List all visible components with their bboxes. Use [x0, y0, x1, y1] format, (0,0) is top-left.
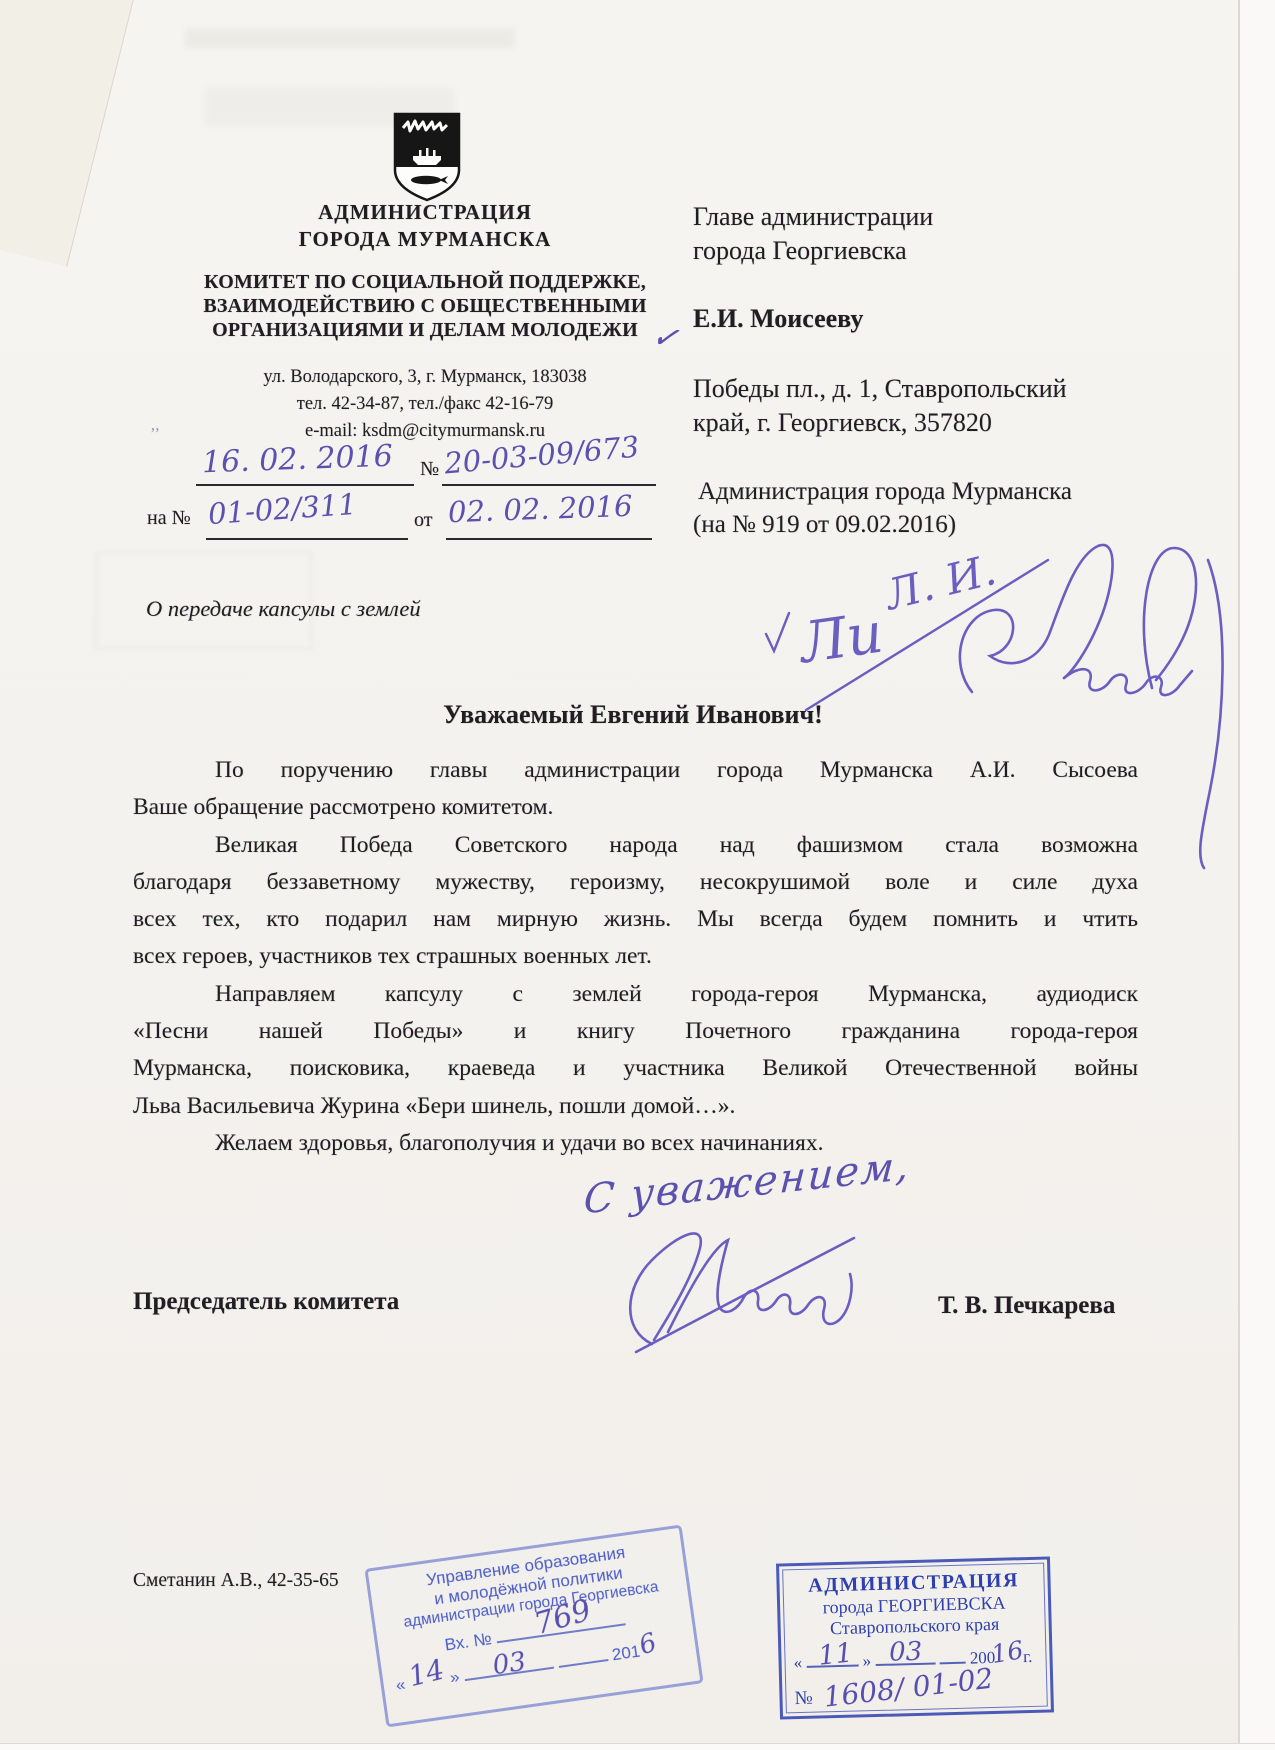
- registration-number-label: №: [794, 1688, 813, 1709]
- subject-line: О передаче капсулы с землей: [146, 596, 421, 622]
- resolution-diagonal-stroke: [806, 560, 1048, 710]
- quote-close: »: [862, 1651, 871, 1670]
- number-sign-label: №: [420, 458, 439, 481]
- recipient-title-line1: Главе администрации: [693, 200, 933, 234]
- registration-stamp: АДМИНИСТРАЦИЯ города ГЕОРГИЕВСКА Ставроп…: [776, 1556, 1054, 1719]
- scan-edge-right: [1238, 0, 1275, 1750]
- scanned-letter-screenshot: { "letterhead": { "emblem_icon": "murman…: [0, 0, 1275, 1750]
- committee-name-line: ОРГАНИЗАЦИЯМИ И ДЕЛАМ МОЛОДЕЖИ: [165, 318, 685, 343]
- registration-year-handwritten: 16: [989, 1635, 1025, 1669]
- body-text-line: Ваше обращение рассмотрено комитетом.: [133, 789, 1138, 826]
- outgoing-date-slot: 16. 02. 2016: [196, 446, 414, 486]
- letter-body: По поручению главы администрации города …: [133, 752, 1138, 1162]
- body-text-line: «Песни нашей Победы» и книгу Почетного г…: [133, 1013, 1138, 1050]
- sender-street-address: ул. Володарского, 3, г. Мурманск, 183038: [165, 364, 685, 391]
- recipient-address-line1: Победы пл., д. 1, Ставропольский: [693, 372, 1067, 406]
- incoming-number-label: Вх. №: [443, 1629, 493, 1654]
- signer-name: Т. В. Печкарева: [938, 1292, 1115, 1320]
- checkmark-stroke: [766, 613, 789, 651]
- reply-number-slot: 01-02/311: [206, 502, 408, 540]
- scan-edge-top-left: [0, 0, 149, 267]
- body-text-line: По поручению главы администрации города …: [133, 752, 1138, 789]
- incoming-stamp: Управление образования и молодёжной поли…: [364, 1525, 703, 1728]
- body-text-line: благодаря беззаветному мужеству, героизм…: [133, 864, 1138, 901]
- paper-background: АДМИНИСТРАЦИЯ ГОРОДА МУРМАНСКА КОМИТЕТ П…: [0, 0, 1275, 1750]
- recipient-name: Е.И. Моисееву: [693, 302, 863, 336]
- scan-edge-bottom: [0, 1743, 1275, 1750]
- checkmark-annotation: ✓: [649, 316, 682, 358]
- registration-month-handwritten: 03: [889, 1637, 923, 1668]
- from-date-label: от: [414, 509, 432, 532]
- quote-close: »: [449, 1667, 461, 1687]
- registration-day-handwritten: 11: [817, 1638, 854, 1672]
- body-text-line: Направляем капсулу с землей города-героя…: [133, 976, 1138, 1013]
- salutation: Уважаемый Евгений Иванович!: [283, 700, 983, 730]
- outgoing-date-handwritten: 16. 02. 2016: [201, 439, 393, 481]
- quote-open: «: [395, 1675, 407, 1695]
- reply-org-line1: Администрация города Мурманска: [698, 478, 1072, 506]
- quote-open: «: [793, 1653, 802, 1672]
- tiny-pen-mark: ’’: [150, 424, 160, 444]
- murmansk-coat-of-arms-icon: [393, 112, 461, 202]
- executor-contact: Сметанин А.В., 42-35-65: [133, 1570, 339, 1592]
- sender-phone: тел. 42-34-87, тел./факс 42-16-79: [165, 391, 685, 418]
- committee-name-line: КОМИТЕТ ПО СОЦИАЛЬНОЙ ПОДДЕРЖКЕ,: [165, 270, 685, 295]
- recipient-address-line2: край, г. Георгиевск, 357820: [693, 406, 992, 440]
- reply-date-slot: 02. 02. 2016: [446, 502, 652, 540]
- incoming-month-handwritten: 03: [491, 1647, 528, 1681]
- body-text-line: всех героев, участников тех страшных вое…: [133, 938, 1138, 975]
- committee-name-line: ВЗАИМОДЕЙСТВИЮ С ОБЩЕСТВЕННЫМИ: [165, 294, 685, 319]
- reply-date-handwritten: 02. 02. 2016: [447, 489, 633, 529]
- sender-org-name-line1: АДМИНИСТРАЦИЯ: [255, 199, 595, 226]
- body-text-line: всех тех, кто подарил нам мирную жизнь. …: [133, 901, 1138, 938]
- outgoing-number-slot: 20-03-09/673: [442, 446, 656, 486]
- body-text-line: Мурманска, поисковика, краеведа и участн…: [133, 1050, 1138, 1087]
- reply-org-line2: (на № 919 от 09.02.2016): [693, 511, 956, 539]
- sender-org-name-line2: ГОРОДА МУРМАНСКА: [255, 226, 595, 253]
- resolution-initials: Л. И.: [879, 545, 1001, 620]
- registration-stamp-inner-border: АДМИНИСТРАЦИЯ города ГЕОРГИЕВСКА Ставроп…: [782, 1563, 1048, 1714]
- reply-number-handwritten: 01-02/311: [207, 487, 358, 531]
- incoming-day-handwritten: 14: [405, 1653, 448, 1694]
- body-text-line: Желаем здоровья, благополучия и удачи во…: [133, 1125, 1138, 1162]
- reply-to-label: на №: [147, 507, 191, 530]
- signer-position: Председатель комитета: [133, 1288, 399, 1316]
- body-text-line: Великая Победа Советского народа над фаш…: [133, 827, 1138, 864]
- resolution-text: Ли: [793, 601, 887, 677]
- ghost-text-artifact: [185, 28, 515, 48]
- body-text-line: Льва Васильевича Журина «Бери шинель, по…: [133, 1088, 1138, 1125]
- recipient-title-line2: города Георгиевска: [693, 234, 907, 268]
- chairman-signature-stroke: [630, 1233, 854, 1352]
- incoming-year-printed: 201: [611, 1642, 642, 1665]
